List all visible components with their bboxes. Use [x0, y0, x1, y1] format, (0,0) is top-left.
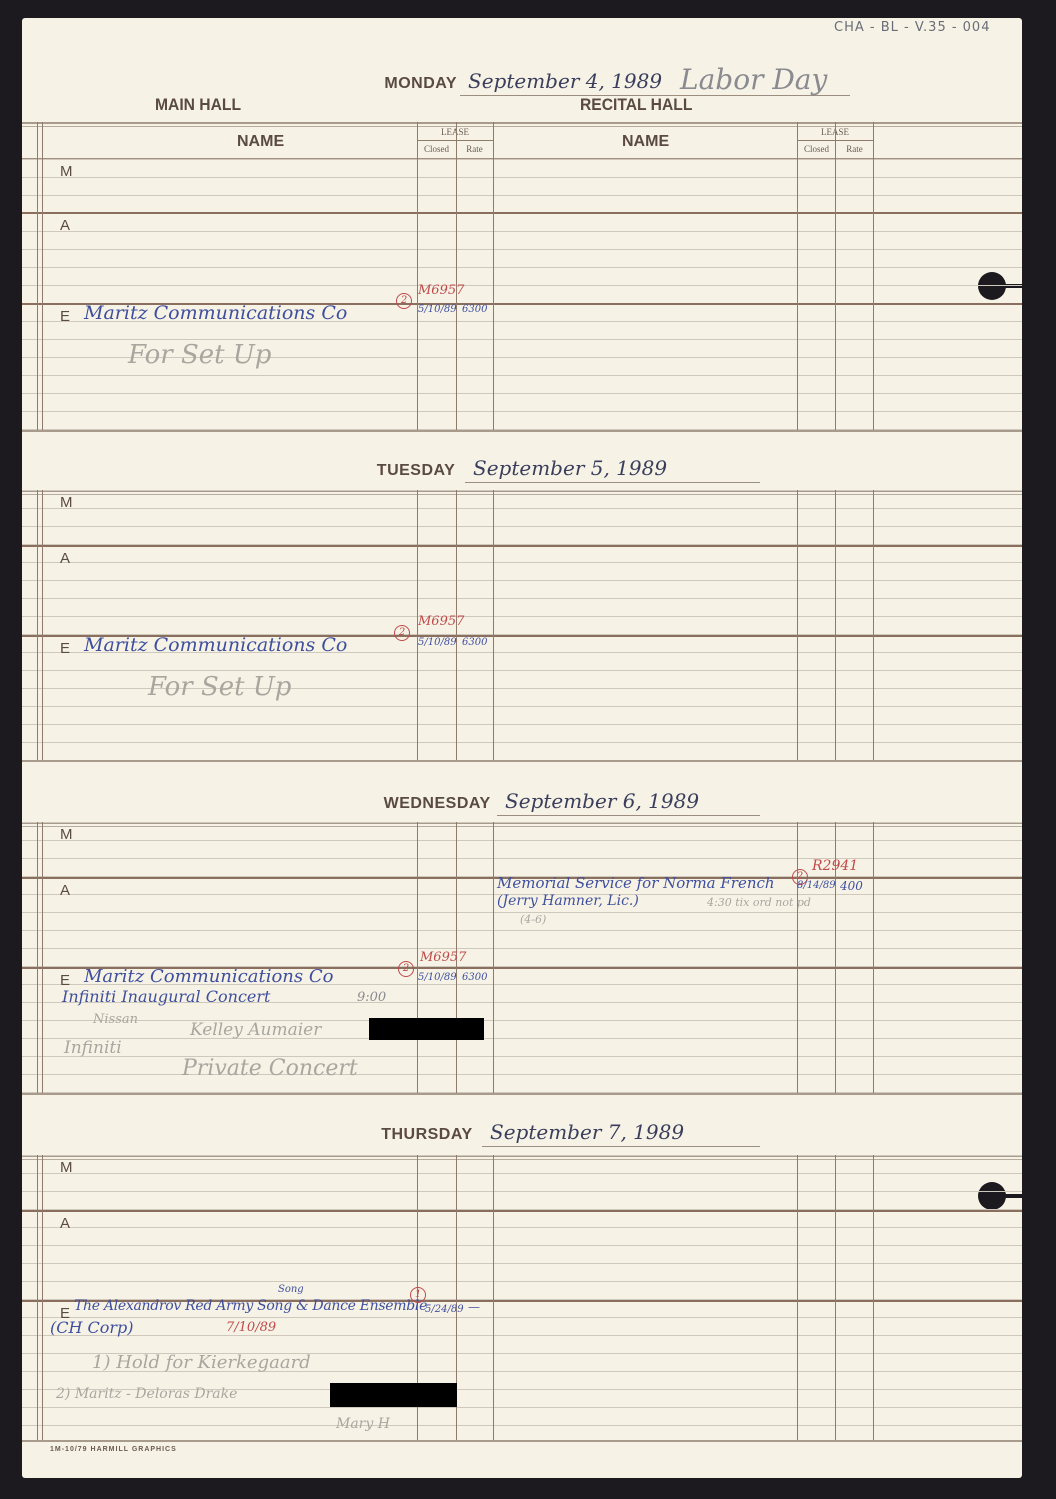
slot-letter-afternoon: A	[60, 550, 70, 567]
pencil-note: (4-6)	[520, 913, 546, 926]
margin-rule	[37, 1155, 43, 1440]
closed-header: Closed	[417, 144, 456, 154]
redaction-block	[330, 1383, 457, 1407]
ruled-line	[22, 1227, 1022, 1228]
margin-rule	[37, 122, 43, 430]
column-rule	[873, 822, 874, 1093]
margin-rule	[37, 490, 43, 760]
booking-ref: R2941	[812, 858, 858, 874]
column-rule	[493, 490, 494, 760]
booking-name: Memorial Service for Norma French	[497, 874, 775, 892]
column-rule	[797, 122, 798, 430]
holiday-note: Labor Day	[680, 63, 827, 96]
ruled-line	[22, 393, 1022, 394]
rate-header: Rate	[836, 144, 873, 154]
pencil-note: Private Concert	[182, 1056, 358, 1081]
ruled-line	[22, 1317, 1022, 1318]
ruled-line	[22, 526, 1022, 527]
ruled-line	[22, 490, 1022, 491]
lease-closed: 5/10/89	[418, 304, 457, 315]
lease-closed: 8/14/89	[797, 880, 836, 891]
recital-name-header: NAME	[622, 133, 669, 151]
slot-divider	[22, 212, 1022, 214]
ruled-line	[22, 616, 1022, 617]
date-underline	[465, 482, 760, 483]
main-hall-label: MAIN HALL	[155, 95, 241, 115]
lease-rate: 6300	[462, 304, 487, 315]
column-rule	[417, 122, 418, 430]
ruled-line	[22, 1056, 1022, 1057]
day-date: September 5, 1989	[473, 456, 667, 480]
ruled-line	[22, 1263, 1022, 1264]
ruled-line	[22, 706, 1022, 707]
ruled-line	[22, 598, 1022, 599]
circle-mark: 1	[410, 1284, 426, 1303]
print-footer: 1M-10/79 HARMILL GRAPHICS	[50, 1446, 177, 1453]
slot-letter-morning: M	[60, 494, 73, 511]
lease-rate: —	[468, 1300, 480, 1314]
slot-divider	[22, 545, 1022, 547]
booking-event: Infiniti Inaugural Concert	[62, 987, 270, 1006]
ruled-line	[22, 1335, 1022, 1336]
recital-hall-label: RECITAL HALL	[580, 95, 692, 115]
ruled-line	[22, 1038, 1022, 1039]
closed-header: Closed	[797, 144, 836, 154]
ruled-line	[22, 177, 1022, 178]
pencil-note: For Set Up	[128, 340, 271, 370]
pencil-note: Nissan	[93, 1012, 138, 1027]
redaction-block	[369, 1018, 484, 1040]
day-date: September 4, 1989	[468, 69, 662, 93]
slot-letter-morning: M	[60, 826, 73, 843]
lease-closed: 5/10/89	[418, 972, 457, 983]
ruled-line	[22, 840, 1022, 841]
date-underline	[497, 815, 760, 816]
slot-divider	[22, 1210, 1022, 1212]
lease-rate: 6300	[462, 972, 487, 983]
slot-letter-evening: E	[60, 308, 70, 325]
main-name-header: NAME	[237, 133, 284, 151]
circle-mark: 2	[396, 290, 412, 309]
lease-closed: 5/24/89	[425, 1304, 464, 1315]
date-underline	[482, 1146, 760, 1147]
booking-name: Maritz Communications Co	[84, 634, 347, 656]
ruled-line	[22, 1281, 1022, 1282]
ruled-line	[22, 670, 1022, 671]
pencil-note: Mary H	[336, 1416, 390, 1432]
day-label: MONDAY	[384, 75, 457, 93]
column-rule	[835, 490, 836, 760]
column-rule	[873, 1155, 874, 1440]
ruled-line	[22, 1020, 1022, 1021]
ruled-line	[22, 508, 1022, 509]
booking-name: Maritz Communications Co	[84, 302, 347, 324]
binder-tab-bottom	[1000, 1194, 1024, 1198]
slot-letter-afternoon: A	[60, 1215, 70, 1232]
ruled-line	[22, 1425, 1022, 1426]
slot-letter-afternoon: A	[60, 882, 70, 899]
table-bottom-rule	[22, 430, 1022, 432]
booking-ref: M6957	[418, 614, 464, 629]
slot-letter-morning: M	[60, 1159, 73, 1176]
archive-id: CHA - BL - V.35 - 004	[834, 20, 990, 35]
booking-time: 9:00	[357, 990, 386, 1005]
table-top-rule	[22, 1159, 1022, 1160]
ruled-line	[22, 1173, 1022, 1174]
column-rule	[835, 1155, 836, 1440]
column-rule	[456, 122, 457, 430]
booking-name: Maritz Communications Co	[84, 966, 333, 987]
column-rule	[493, 1155, 494, 1440]
pencil-note: 4:30 tix ord not pd	[707, 896, 811, 909]
ruled-line	[22, 724, 1022, 725]
lease-rate: 400	[840, 879, 863, 893]
ruled-line	[22, 267, 1022, 268]
booking-name: The Alexandrov Red Army Song & Dance Ens…	[74, 1298, 427, 1314]
column-rule	[493, 822, 494, 1093]
lease-closed: 5/10/89	[418, 637, 457, 648]
column-rule	[417, 822, 418, 1093]
booking-ref: M6957	[418, 283, 464, 298]
slot-letter-afternoon: A	[60, 217, 70, 234]
column-rule	[493, 122, 494, 430]
table-top-rule	[22, 122, 1022, 124]
ruled-line	[22, 375, 1022, 376]
ruled-line	[22, 1155, 1022, 1156]
ruled-line	[22, 1245, 1022, 1246]
column-rule	[835, 122, 836, 430]
ruled-line	[22, 948, 1022, 949]
column-rule	[797, 490, 798, 760]
lease-header: LEASE	[417, 127, 493, 137]
ruled-line	[22, 231, 1022, 232]
day-label: WEDNESDAY	[384, 795, 491, 813]
booking-red-date: 7/10/89	[226, 1320, 276, 1335]
table-top-rule	[22, 494, 1022, 495]
ruled-line	[22, 742, 1022, 743]
ruled-line	[22, 1407, 1022, 1408]
booking-contact: (Jerry Hamner, Lic.)	[497, 893, 639, 909]
ruled-line	[22, 159, 1022, 160]
pencil-note: Kelley Aumaier	[190, 1020, 321, 1040]
table-bottom-rule	[22, 1440, 1022, 1442]
ruled-line	[22, 285, 1022, 286]
column-rule	[797, 822, 798, 1093]
ruled-line	[22, 822, 1022, 823]
margin-rule	[37, 822, 43, 1093]
day-label: THURSDAY	[381, 1126, 472, 1144]
circle-mark: 2	[394, 622, 410, 641]
booking-insert: Song	[278, 1284, 304, 1295]
table-top-rule	[22, 826, 1022, 827]
day-label: TUESDAY	[377, 462, 455, 480]
lease-rate: 6300	[462, 637, 487, 648]
table-bottom-rule	[22, 1093, 1022, 1095]
ruled-line	[22, 930, 1022, 931]
booking-contact: (CH Corp)	[50, 1318, 134, 1337]
ruled-line	[22, 858, 1022, 859]
lease-divider	[417, 140, 493, 141]
ruled-line	[22, 411, 1022, 412]
booking-ledger-page	[22, 18, 1022, 1478]
column-rule	[873, 490, 874, 760]
slot-letter-morning: M	[60, 163, 73, 180]
pencil-note: For Set Up	[148, 672, 291, 702]
day-date: September 7, 1989	[490, 1120, 684, 1144]
pencil-note: 1) Hold for Kierkegaard	[92, 1352, 311, 1373]
pencil-note: Infiniti	[64, 1038, 122, 1058]
circle-mark: 2	[398, 958, 414, 977]
ruled-line	[22, 195, 1022, 196]
table-bottom-rule	[22, 760, 1022, 762]
day-date: September 6, 1989	[505, 789, 699, 813]
ruled-line	[22, 562, 1022, 563]
rate-header: Rate	[456, 144, 493, 154]
pencil-note: 2) Maritz - Deloras Drake	[56, 1386, 237, 1402]
ruled-line	[22, 1191, 1022, 1192]
column-rule	[873, 122, 874, 430]
ruled-line	[22, 580, 1022, 581]
column-rule	[797, 1155, 798, 1440]
ruled-line	[22, 249, 1022, 250]
booking-ref: M6957	[420, 950, 466, 965]
slot-letter-evening: E	[60, 640, 70, 657]
ruled-line	[22, 1074, 1022, 1075]
